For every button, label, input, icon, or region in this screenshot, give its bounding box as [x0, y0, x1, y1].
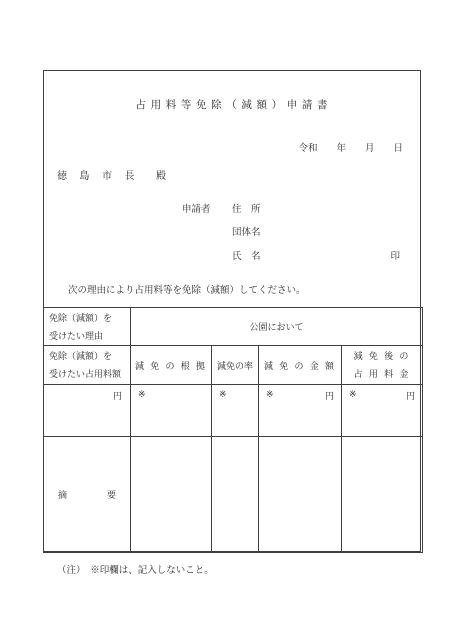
summary-label-left: 摘 — [58, 488, 67, 501]
form-title: 占 用 料 等 免 除 （ 減 額 ） 申 請 書 — [44, 97, 420, 112]
asterisk-mark: ※ — [212, 385, 258, 400]
header-fee-line2: 受けたい占用料額 — [49, 365, 130, 383]
applicant-label: 申請者 — [182, 201, 211, 215]
asterisk-mark: ※ — [131, 385, 211, 400]
summary-row: 摘 要 — [44, 437, 423, 553]
header-after-fee: 減 免 後 の 占 用 料 金 — [342, 346, 423, 385]
asterisk-mark: ※ — [266, 389, 274, 402]
summary-empty-cell — [259, 437, 342, 553]
era-label: 令和 — [298, 140, 317, 154]
entry-row: 円 ※ ※ ※ 円 ※ 円 — [44, 385, 423, 437]
header-after-line1: 減 免 後 の — [342, 347, 422, 365]
honorific-label: 殿 — [156, 171, 166, 182]
footnote: （注） ※印欄は、記入しないこと。 — [57, 562, 214, 576]
header-basis: 減 免 の 根 拠 — [131, 346, 212, 385]
reason-label-cell: 免除（減額）を 受けたい理由 — [44, 308, 131, 346]
header-rate: 減免の率 — [212, 346, 259, 385]
reason-value: 公園において — [250, 322, 304, 332]
year-label: 年 — [336, 140, 346, 154]
entry-fee-cell: 円 — [44, 385, 131, 437]
reason-label-line1: 免除（減額）を — [49, 309, 130, 327]
entry-amount-cell: ※ 円 — [259, 385, 342, 437]
application-form-border: 占 用 料 等 免 除 （ 減 額 ） 申 請 書 令和 年 月 日 徳 島 市… — [43, 70, 421, 552]
seal-mark: 印 — [390, 248, 400, 262]
reason-row: 免除（減額）を 受けたい理由 公園において — [44, 308, 423, 346]
summary-label-cell: 摘 要 — [44, 437, 131, 553]
summary-empty-cell — [342, 437, 423, 553]
header-fee-line1: 免除（減額）を — [49, 347, 130, 365]
fee-exemption-table: 免除（減額）を 受けたい理由 公園において 免除（減額）を 受けたい占用料額 減… — [43, 307, 423, 553]
header-amount: 減 免 の 金 額 — [259, 346, 342, 385]
addressee-name: 徳 島 市 長 — [57, 171, 140, 182]
applicant-name-label: 氏 名 — [232, 248, 261, 262]
table-header-row: 免除（減額）を 受けたい占用料額 減 免 の 根 拠 減免の率 減 免 の 金 … — [44, 346, 423, 385]
summary-empty-cell — [131, 437, 212, 553]
month-label: 月 — [365, 140, 375, 154]
request-sentence: 次の理由により占用料等を免除（減額）してください。 — [68, 282, 306, 296]
applicant-group-label: 団体名 — [232, 224, 261, 238]
entry-rate-cell: ※ — [212, 385, 259, 437]
asterisk-mark: ※ — [349, 389, 357, 402]
entry-after-cell: ※ 円 — [342, 385, 423, 437]
header-after-line2: 占 用 料 金 — [342, 365, 422, 383]
applicant-address-label: 住 所 — [232, 201, 261, 215]
date-line: 令和 年 月 日 — [298, 140, 403, 154]
addressee-line: 徳 島 市 長 殿 — [57, 167, 166, 182]
reason-value-cell: 公園において — [131, 308, 423, 346]
entry-basis-cell: ※ — [131, 385, 212, 437]
summary-label-right: 要 — [107, 488, 116, 501]
yen-label: 円 — [406, 389, 415, 402]
day-label: 日 — [393, 140, 403, 154]
yen-label: 円 — [325, 389, 334, 402]
reason-label-line2: 受けたい理由 — [49, 327, 130, 345]
summary-empty-cell — [212, 437, 259, 553]
yen-label: 円 — [44, 385, 130, 402]
header-fee-amount: 免除（減額）を 受けたい占用料額 — [44, 346, 131, 385]
